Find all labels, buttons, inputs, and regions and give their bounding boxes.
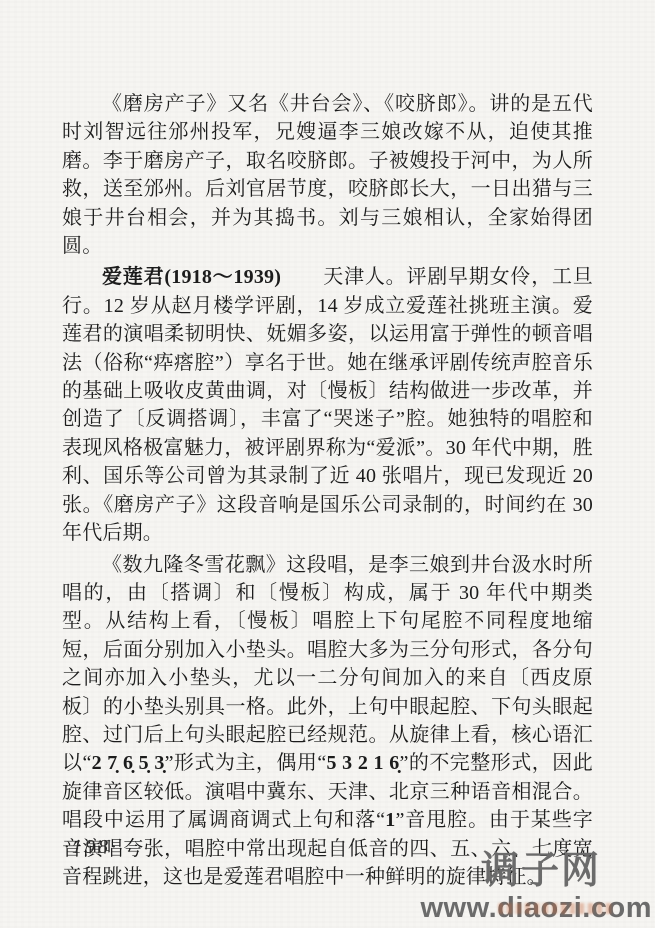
text-run: 天津人。评剧早期女伶，工旦行。12 岁从赵月楼学评剧，14 岁成立爱莲社挑班主演…: [62, 266, 593, 544]
scanned-book-page: 《磨房产子》又名《井台会》、《咬脐郎》。讲的是五代时刘智远往邠州投军，兄嫂逼李三…: [0, 0, 655, 928]
paragraph: 《磨房产子》又名《井台会》、《咬脐郎》。讲的是五代时刘智远往邠州投军，兄嫂逼李三…: [62, 90, 593, 260]
bold-run: 5 3 2 1 6̣: [326, 752, 399, 774]
page-number: ·198·: [64, 836, 119, 859]
bold-run: 爱莲君(1918～1939): [102, 266, 281, 288]
body-text: 《磨房产子》又名《井台会》、《咬脐郎》。讲的是五代时刘智远往邠州投军，兄嫂逼李三…: [62, 90, 593, 894]
paragraph: 《数九隆冬雪花飘》这段唱，是李三娘到井台汲水时所唱的，由〔搭调〕和〔慢板〕构成，…: [62, 551, 593, 892]
text-run: ”形式为主，偶用“: [165, 752, 327, 774]
bold-run: 1: [385, 809, 395, 831]
text-run: 《数九隆冬雪花飘》这段唱，是李三娘到井台汲水时所唱的，由〔搭调〕和〔慢板〕构成，…: [62, 554, 593, 775]
watermark-artifact: [498, 903, 614, 914]
text-run: 《磨房产子》又名《井台会》、《咬脐郎》。讲的是五代时刘智远往邠州投军，兄嫂逼李三…: [62, 93, 593, 257]
paragraph: 爱莲君(1918～1939) 天津人。评剧早期女伶，工旦行。12 岁从赵月楼学评…: [62, 263, 593, 547]
bold-run: 2 7̣ 6̣ 5̣ 3̣: [92, 752, 165, 774]
